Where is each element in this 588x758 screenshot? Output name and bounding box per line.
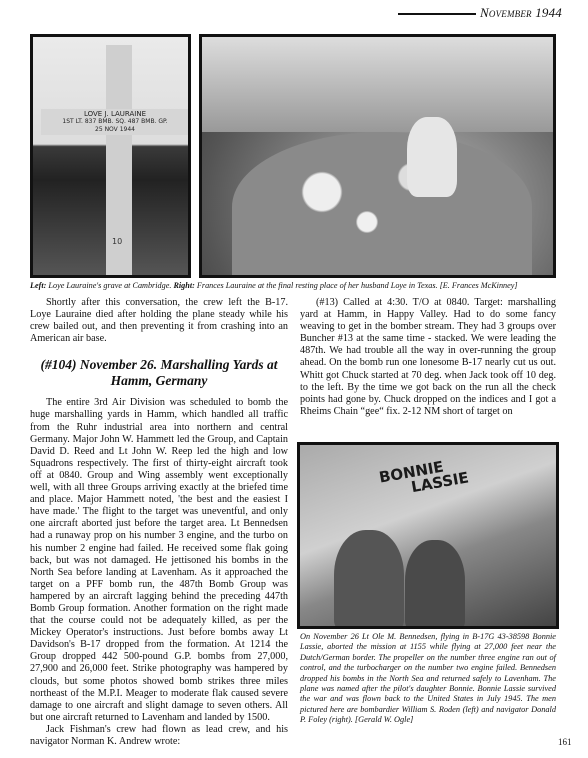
bonnie-lassie-photo: BONNIE LASSIE: [297, 442, 559, 629]
header-rule: [398, 13, 476, 15]
photo-man-left: [334, 530, 404, 629]
right-column: (#13) Called at 4:30. T/O at 0840. Targe…: [300, 297, 556, 418]
photo-woman: [407, 117, 457, 197]
caption-left-text: Loye Lauraine's grave at Cambridge.: [46, 281, 173, 290]
paragraph: Jack Fishman's crew had flown as lead cr…: [30, 724, 288, 748]
grave-photo: LOVE J. LAURAINE 1ST LT. 837 BMB. SQ. 48…: [30, 34, 191, 278]
paragraph: Shortly after this conversation, the cre…: [30, 297, 288, 345]
photo-flowers: [232, 132, 532, 278]
cross-line-3: 25 NOV 1944: [41, 126, 189, 134]
caption-right-label: Right:: [173, 281, 194, 290]
widow-at-grave-photo: [199, 34, 556, 278]
caption-right-text: Frances Lauraine at the final resting pl…: [195, 281, 518, 290]
photo-man-right: [405, 540, 465, 629]
bottom-photo-caption: On November 26 Lt Ole M. Bennedsen, flyi…: [300, 632, 556, 726]
nose-art: BONNIE LASSIE: [378, 456, 470, 501]
running-head: November 1944: [480, 5, 562, 21]
cross-plaque: LOVE J. LAURAINE 1ST LT. 837 BMB. SQ. 48…: [41, 109, 189, 135]
left-column: Shortly after this conversation, the cre…: [30, 297, 288, 748]
paragraph: The entire 3rd Air Division was schedule…: [30, 397, 288, 724]
photo-sky: [202, 37, 553, 132]
cross-number: 10: [112, 237, 122, 246]
mission-heading: (#104) November 26. Marshalling Yards at…: [30, 357, 288, 389]
paragraph: (#13) Called at 4:30. T/O at 0840. Targe…: [300, 297, 556, 418]
top-photo-caption: Left: Loye Lauraine's grave at Cambridge…: [30, 281, 560, 290]
cross-line-1: LOVE J. LAURAINE: [41, 109, 189, 118]
page-number: 161: [558, 737, 572, 747]
cross-line-2: 1ST LT. 837 BMB. SQ. 487 BMB. GP.: [41, 118, 189, 126]
caption-left-label: Left:: [30, 281, 46, 290]
